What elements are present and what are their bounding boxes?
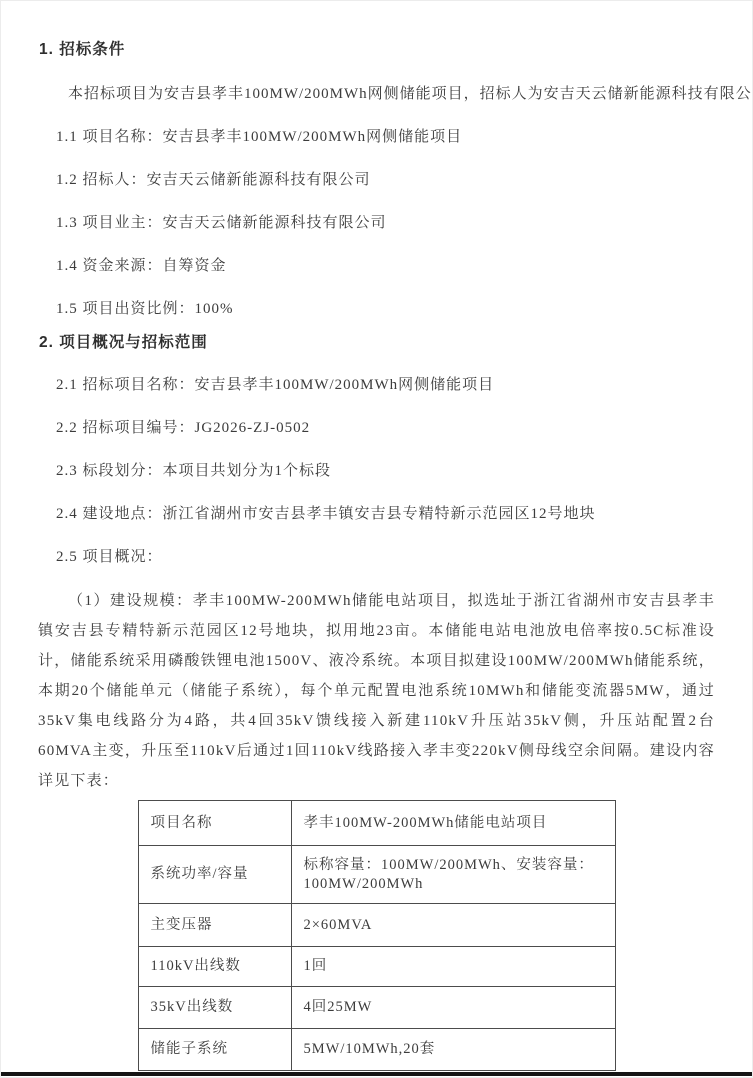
list-item-2-4: 2.4 建设地点：浙江省湖州市安吉县孝丰镇安吉县专精特新示范园区12号地块 xyxy=(1,506,752,523)
list-item-2-3: 2.3 标段划分：本项目共划分为1个标段 xyxy=(1,463,752,480)
table-cell-value: 4回25MW xyxy=(291,987,615,1029)
table-row: 35kV出线数 4回25MW xyxy=(138,987,615,1029)
project-summary-table: 项目名称 孝丰100MW-200MWh储能电站项目 系统功率/容量 标称容量：1… xyxy=(138,800,616,1071)
table-cell-label: 110kV出线数 xyxy=(138,947,291,987)
list-item-1-1: 1.1 项目名称：安吉县孝丰100MW/200MWh网侧储能项目 xyxy=(1,129,752,146)
table-row: 储能子系统 5MW/10MWh,20套 xyxy=(138,1029,615,1071)
table-cell-label: 主变压器 xyxy=(138,904,291,947)
table-row: 110kV出线数 1回 xyxy=(138,947,615,987)
section-1-heading: 1. 招标条件 xyxy=(1,41,752,58)
list-item-1-3: 1.3 项目业主：安吉天云储新能源科技有限公司 xyxy=(1,215,752,232)
table-row: 项目名称 孝丰100MW-200MWh储能电站项目 xyxy=(138,801,615,846)
section-1-intro: 本招标项目为安吉县孝丰100MW/200MWh网侧储能项目，招标人为安吉天云储新… xyxy=(1,86,752,103)
table-cell-value: 标称容量：100MW/200MWh、安装容量：100MW/200MWh xyxy=(291,846,615,904)
list-item-2-2: 2.2 招标项目编号：JG2026-ZJ-0502 xyxy=(1,420,752,437)
table-row: 主变压器 2×60MVA xyxy=(138,904,615,947)
table-cell-value: 2×60MVA xyxy=(291,904,615,947)
document-page: 1. 招标条件 本招标项目为安吉县孝丰100MW/200MWh网侧储能项目，招标… xyxy=(0,0,753,1078)
table-cell-label: 储能子系统 xyxy=(138,1029,291,1071)
table-cell-value: 5MW/10MWh,20套 xyxy=(291,1029,615,1071)
section-2-heading: 2. 项目概况与招标范围 xyxy=(1,334,752,351)
list-item-1-4: 1.4 资金来源：自筹资金 xyxy=(1,258,752,275)
table-cell-value: 孝丰100MW-200MWh储能电站项目 xyxy=(291,801,615,846)
table-cell-label: 35kV出线数 xyxy=(138,987,291,1029)
page-bottom-separator xyxy=(1,1072,752,1076)
list-item-2-1: 2.1 招标项目名称：安吉县孝丰100MW/200MWh网侧储能项目 xyxy=(1,377,752,394)
list-item-2-5: 2.5 项目概况： xyxy=(1,549,752,566)
table-cell-label: 项目名称 xyxy=(138,801,291,846)
list-item-1-5: 1.5 项目出资比例：100% xyxy=(1,301,752,318)
table-cell-label: 系统功率/容量 xyxy=(138,846,291,904)
table-cell-value: 1回 xyxy=(291,947,615,987)
list-item-1-2: 1.2 招标人：安吉天云储新能源科技有限公司 xyxy=(1,172,752,189)
construction-scale-paragraph: （1）建设规模：孝丰100MW-200MWh储能电站项目，拟选址于浙江省湖州市安… xyxy=(1,586,752,796)
table-row: 系统功率/容量 标称容量：100MW/200MWh、安装容量：100MW/200… xyxy=(138,846,615,904)
